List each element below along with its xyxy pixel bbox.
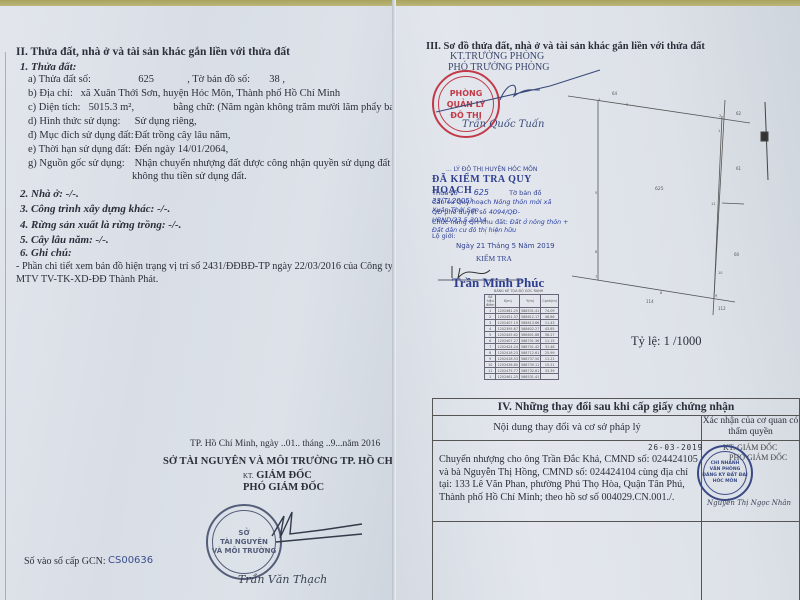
svg-text:112: 112 [718, 306, 726, 311]
coord-header-x: X(m) [496, 295, 520, 308]
check-function-label: Chức năng QH khu đất: [432, 218, 508, 226]
page-border [5, 52, 6, 600]
svg-text:7: 7 [595, 275, 597, 279]
origin-row: g) Nguồn gốc sử dụng: Nhận chuyển nhượng… [28, 158, 445, 169]
map-scale: Tỷ lệ: 1 /1000 [631, 334, 701, 349]
map-sheet-label: , Tờ bản đồ số: [187, 74, 250, 85]
svg-text:5: 5 [595, 191, 597, 195]
usage-form-value: Sử dụng riêng, [135, 116, 197, 127]
check-date: Ngày 21 Tháng 5 Năm 2019 [456, 242, 555, 250]
svg-text:62: 62 [736, 111, 742, 116]
coord-point: 1 [485, 374, 496, 380]
note-line-1: - Phần chi tiết xem bản đồ hiện trạng vị… [16, 261, 423, 272]
item-4-value: -/-. [168, 219, 181, 231]
check-boundary-label: Lộ giới: [432, 232, 456, 240]
origin-value-line2: không thu tiền sử dụng đất. [132, 171, 247, 182]
item-6-notes-title: 6. Ghi chú: [20, 247, 72, 259]
change-content: Chuyển nhượng cho ông Trần Đắc Khả, CMND… [439, 454, 699, 504]
check-header: ... LÝ ĐÔ THỊ HUYỆN HÓC MÔN [446, 166, 537, 173]
svg-text:8: 8 [660, 291, 662, 295]
section-ii-title: II. Thửa đất, nhà ở và tài sản khác gắn … [16, 46, 290, 58]
usage-form-row: d) Hình thức sử dụng: Sử dụng riêng, [28, 116, 197, 127]
area-row: c) Diện tích: 5015.3 m², bằng chữ: (Năm … [28, 102, 447, 113]
parcel-sketch-svg: 625646261601141121234567891011 [560, 80, 800, 340]
address-value: xã Xuân Thới Sơn, huyện Hóc Môn, Thành p… [81, 88, 341, 99]
note-line-2: MTV TV-TK-XD-ĐĐ Thành Phát. [16, 274, 158, 285]
svg-text:11: 11 [711, 202, 715, 206]
coordinate-table: Số hiệu điểm X(m) Y(m) Cạnh(m) 11202461.… [484, 294, 559, 380]
director-title: KT. GIÁM ĐỐC [243, 470, 312, 481]
changes-table: IV. Những thay đổi sau khi cấp giấy chứn… [432, 398, 800, 600]
svg-text:114: 114 [646, 299, 654, 304]
item-5-label: 5. Cây lâu năm: [20, 234, 93, 246]
item-2-value: -/-. [66, 188, 79, 200]
gcn-entry-label: Số vào sổ cấp GCN: [24, 556, 106, 567]
section-iv-title: IV. Những thay đổi sau khi cấp giấy chứn… [433, 399, 799, 416]
svg-text:2: 2 [719, 114, 721, 118]
coord-x: 1202461.25 [496, 374, 520, 380]
item-2-label: 2. Nhà ở: [20, 188, 63, 200]
svg-text:64: 64 [612, 91, 618, 96]
check-plan-label: Căn cứ Quy hoạch [432, 198, 491, 206]
term-row: e) Thời hạn sử dụng đất: Đến ngày 14/01/… [28, 144, 228, 155]
check-sheet-label: Tờ bản đồ [509, 189, 541, 197]
check-parcel-value: 625 [474, 188, 489, 197]
svg-text:1: 1 [718, 129, 720, 133]
certificate-left-page: II. Thửa đất, nhà ở và tài sản khác gắn … [0, 6, 396, 600]
item-1-title: 1. Thửa đất: [20, 61, 76, 73]
purpose-label: đ) Mục đích sử dụng đất: [28, 130, 132, 141]
coord-edge [541, 374, 559, 380]
svg-text:3: 3 [626, 103, 628, 107]
address-row: b) Địa chỉ: xã Xuân Thới Sơn, huyện Hóc … [28, 88, 340, 99]
deputy-head-name: Trần Quốc Tuấn [462, 119, 544, 130]
item-5-perennial-trees: 5. Cây lâu năm: -/-. [20, 234, 109, 246]
check-decision-label: QĐ phê duyệt số [432, 208, 487, 216]
director-name: Trần Văn Thạch [238, 573, 327, 586]
item-5-value: -/-. [95, 234, 108, 246]
area-value: 5015.3 m², [89, 102, 171, 113]
planning-check-stamp: ... LÝ ĐÔ THỊ HUYỆN HÓC MÔN ĐÃ KIỂM TRA … [418, 160, 560, 270]
coord-header-point: Số hiệu điểm [485, 295, 496, 308]
gcn-entry-number: CS00636 [108, 555, 153, 566]
item-3-value: -/-. [157, 203, 170, 215]
parcel-number-label: a) Thửa đất số: [28, 74, 91, 85]
item-4-label: 4. Rừng sản xuất là rừng trồng: [20, 219, 166, 231]
term-label: e) Thời hạn sử dụng đất: [28, 144, 132, 155]
check-parcel-label: Thửa số [432, 189, 458, 197]
parcel-number: 625 [138, 74, 154, 85]
confirm-signer: Nguyễn Thị Ngọc Nhân [707, 499, 791, 507]
svg-text:4: 4 [598, 98, 601, 102]
page-fold [392, 0, 396, 600]
parcel-sketch-map: 625646261601141121234567891011 [560, 80, 800, 340]
director-label: GIÁM ĐỐC [256, 470, 312, 481]
coord-y: 588531.41 [519, 374, 540, 380]
issuing-agency: SỞ TÀI NGUYÊN VÀ MÔI TRƯỜNG TP. HỒ CHÍ M… [163, 456, 429, 467]
table-row-divider [433, 521, 799, 522]
svg-text:61: 61 [736, 166, 742, 171]
kt-abbrev: KT. [243, 472, 254, 480]
item-4-forest: 4. Rừng sản xuất là rừng trồng: -/-. [20, 219, 181, 231]
svg-text:60: 60 [734, 252, 740, 257]
item-2-house: 2. Nhà ở: -/-. [20, 188, 79, 200]
coord-header-y: Y(m) [519, 295, 540, 308]
svg-text:10: 10 [718, 271, 722, 275]
coord-row: 11202461.25588531.41 [485, 374, 559, 380]
parcel-number-row: a) Thửa đất số: 625 , Tờ bản đồ số: 38 , [28, 74, 285, 85]
deputy-director-title: PHÓ GIÁM ĐỐC [243, 482, 324, 493]
svg-text:625: 625 [655, 186, 664, 192]
sign-place-date: TP. Hồ Chí Minh, ngày ..01.. tháng ..9..… [190, 439, 380, 449]
usage-form-label: d) Hình thức sử dụng: [28, 116, 132, 127]
item-3-other-construction: 3. Công trình xây dựng khác: -/-. [20, 203, 170, 215]
changes-content-header: Nội dung thay đổi và cơ sở pháp lý [433, 416, 701, 441]
director-signature [262, 498, 372, 548]
coord-header-edge: Cạnh(m) [541, 295, 559, 308]
svg-text:6: 6 [595, 250, 597, 254]
map-sheet-number: 38 , [269, 74, 285, 85]
item-3-label: 3. Công trình xây dựng khác: [20, 203, 154, 215]
purpose-value: Đất trồng cây lâu năm, [135, 130, 231, 141]
svg-text:9: 9 [715, 294, 717, 298]
coord-table-title: BẢNG KÊ TỌA ĐỘ GÓC RANH [494, 289, 543, 293]
area-label: c) Diện tích: [28, 102, 86, 113]
land-registry-blue-stamp: CHI NHÁNH VĂN PHÒNG ĐĂNG KÝ ĐẤT ĐAI HÓC … [697, 445, 753, 501]
address-label: b) Địa chỉ: [28, 88, 78, 99]
purpose-row: đ) Mục đích sử dụng đất: Đất trồng cây l… [28, 130, 231, 141]
change-date: 26-03-2019 [648, 443, 703, 452]
term-value: Đến ngày 14/01/2064, [135, 144, 229, 155]
changes-confirm-header: Xác nhận của cơ quan có thẩm quyền [702, 416, 799, 441]
origin-label: g) Nguồn gốc sử dụng: [28, 158, 132, 169]
